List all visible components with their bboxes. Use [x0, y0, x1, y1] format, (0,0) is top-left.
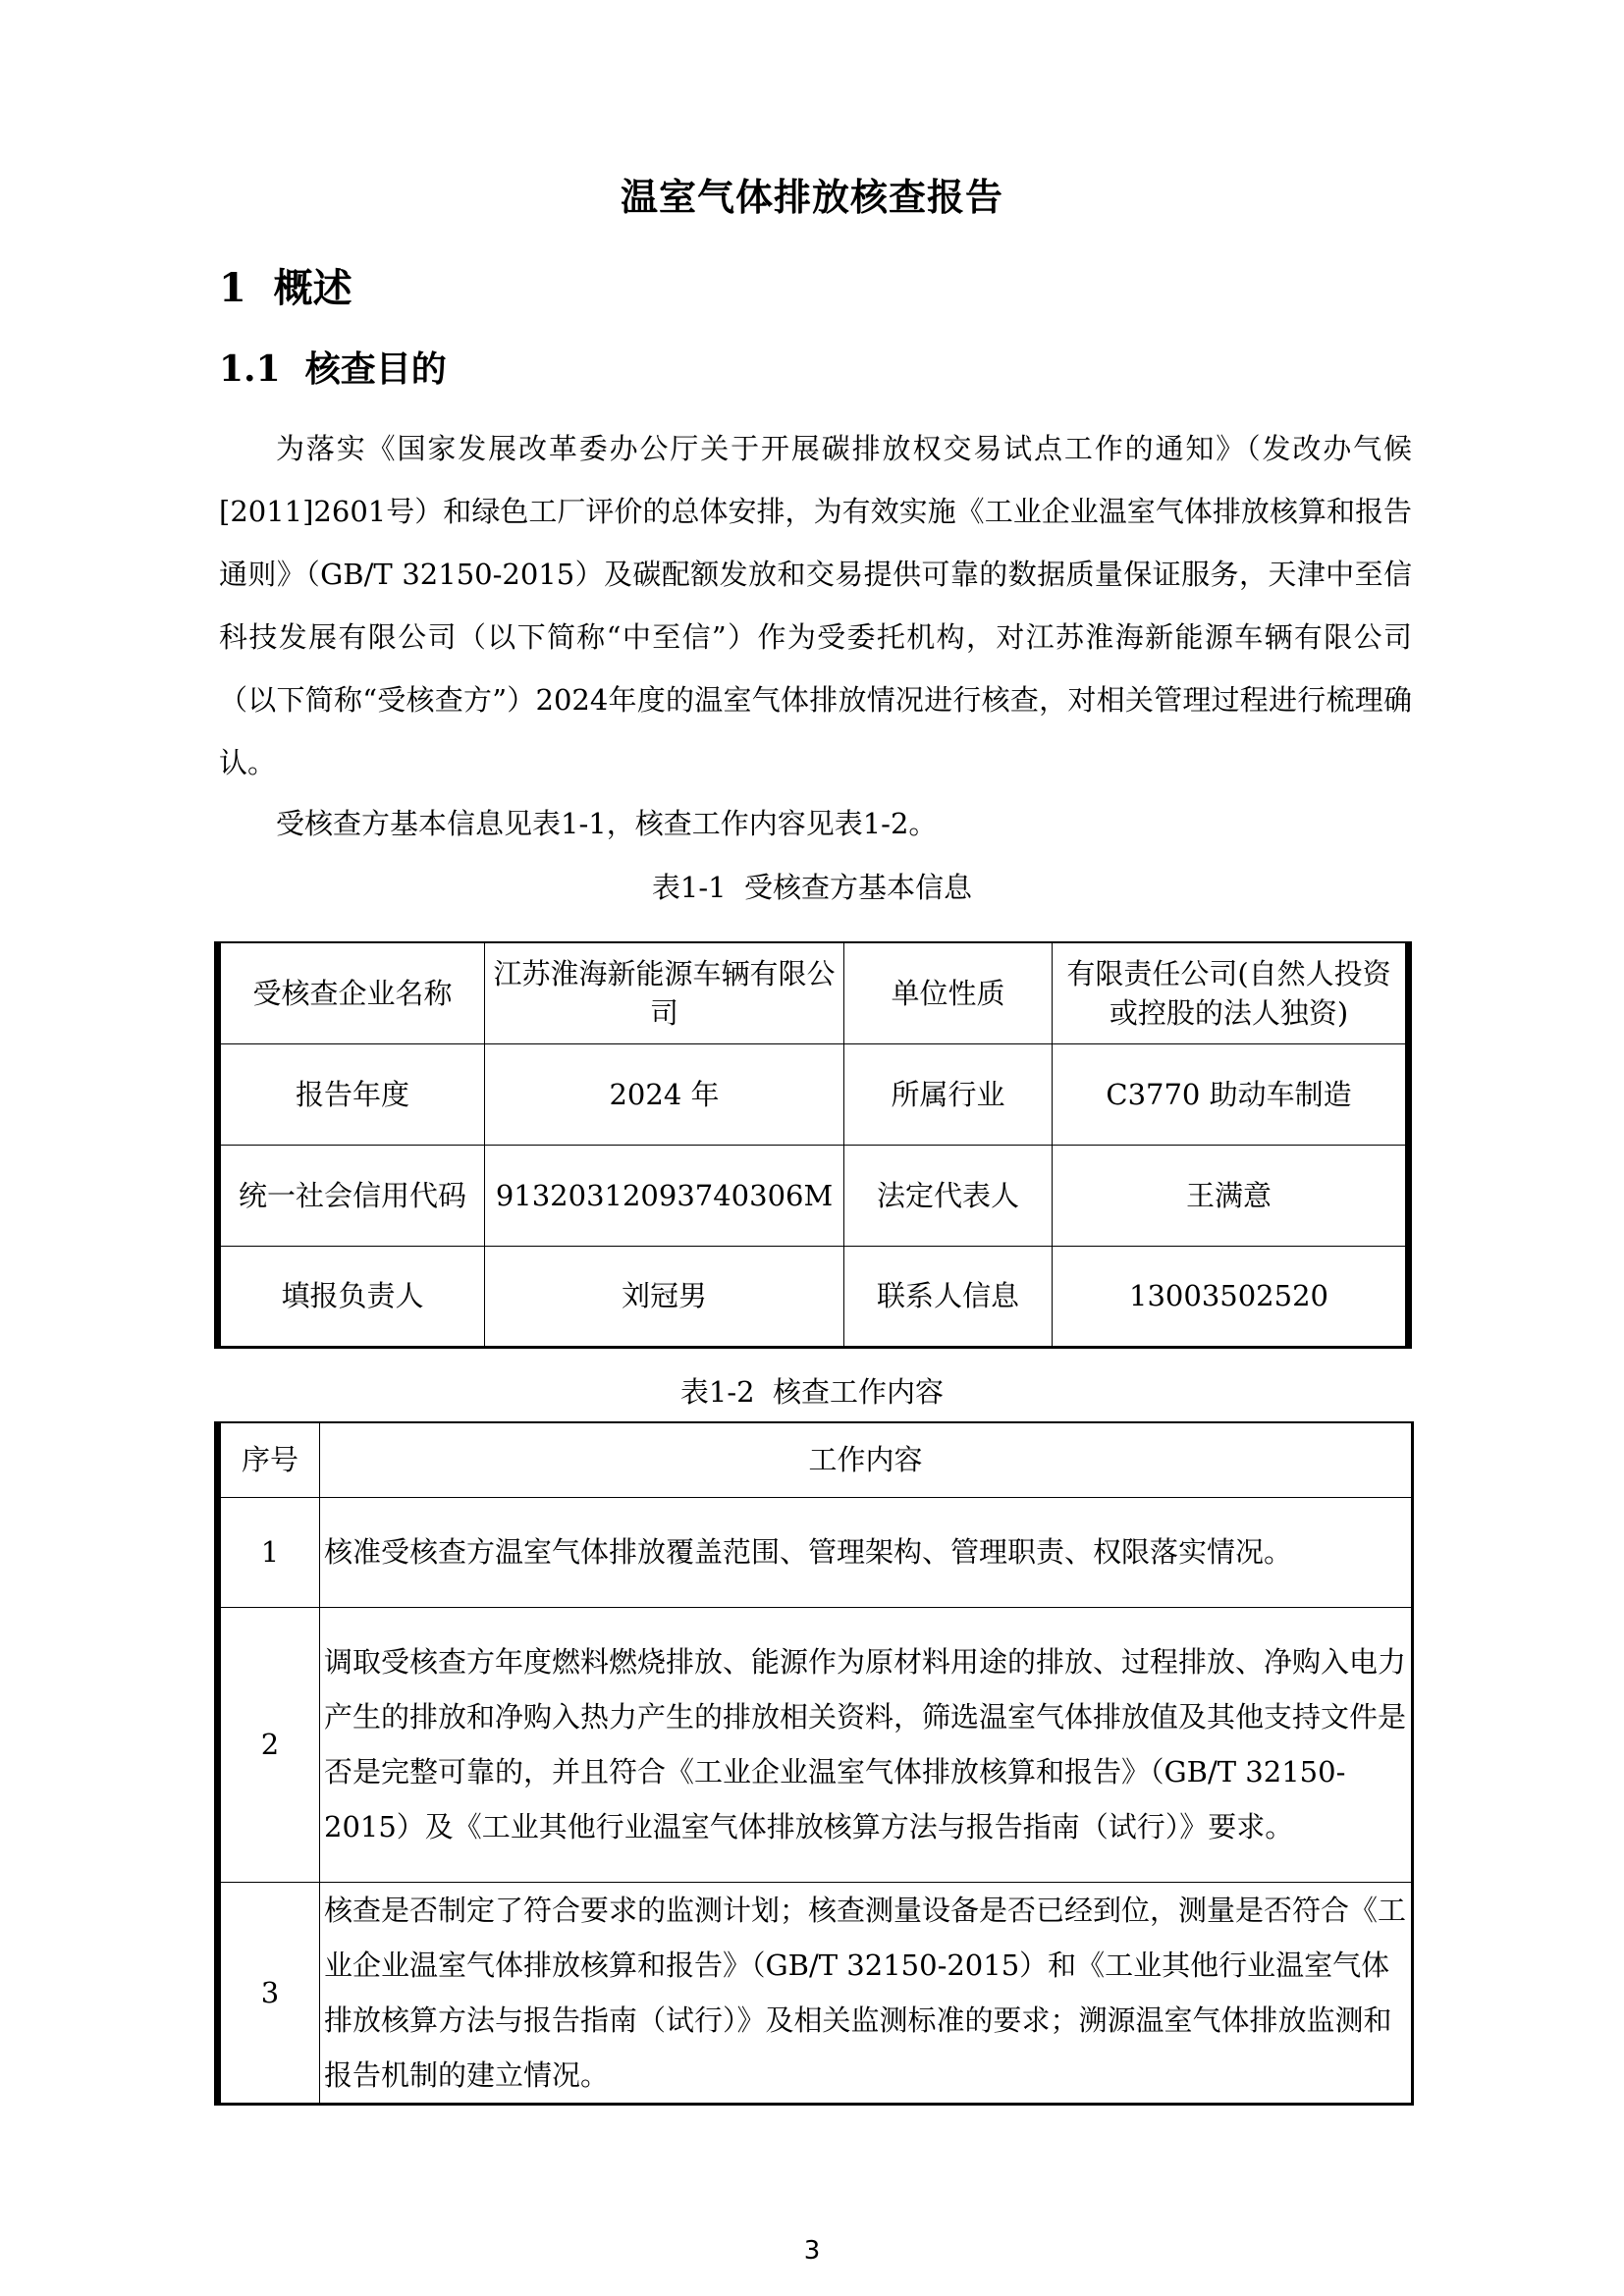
paragraph-table-reference: 受核查方基本信息见表1-1，核查工作内容见表1-2。 [219, 792, 1412, 855]
table-cell-label: 报告年度 [218, 1043, 485, 1145]
table-cell-label: 所属行业 [844, 1043, 1053, 1145]
table-cell-label: 统一社会信用代码 [218, 1145, 485, 1246]
subsection-heading-verification-purpose: 1.1 核查目的 [219, 342, 447, 392]
column-header-sequence: 序号 [218, 1422, 320, 1497]
table-cell-sequence: 2 [218, 1607, 320, 1882]
table-2-caption: 表1-2 核查工作内容 [0, 1370, 1624, 1411]
table-cell-label: 单位性质 [844, 942, 1053, 1043]
verification-work-table: 序号 工作内容 1 核准受核查方温室气体排放覆盖范围、管理架构、管理职责、权限落… [214, 1421, 1414, 2106]
table-cell-value: C3770 助动车制造 [1053, 1043, 1409, 1145]
table-cell-label: 联系人信息 [844, 1246, 1053, 1347]
table-row: 1 核准受核查方温室气体排放覆盖范围、管理架构、管理职责、权限落实情况。 [218, 1497, 1413, 1607]
table-cell-label: 受核查企业名称 [218, 942, 485, 1043]
table-cell-sequence: 3 [218, 1882, 320, 2104]
table-cell-value: 有限责任公司(自然人投资或控股的法人独资) [1053, 942, 1409, 1043]
paragraph-purpose: 为落实《国家发展改革委办公厅关于开展碳排放权交易试点工作的通知》（发改办气候[2… [219, 417, 1412, 794]
table-cell-value: 91320312093740306M [485, 1145, 844, 1246]
table-cell-value: 刘冠男 [485, 1246, 844, 1347]
table-cell-value: 王满意 [1053, 1145, 1409, 1246]
document-title: 温室气体排放核查报告 [0, 167, 1624, 221]
table-cell-content: 调取受核查方年度燃料燃烧排放、能源作为原材料用途的排放、过程排放、净购入电力产生… [320, 1607, 1413, 1882]
table-row: 统一社会信用代码 91320312093740306M 法定代表人 王满意 [218, 1145, 1409, 1246]
table-cell-sequence: 1 [218, 1497, 320, 1607]
table-cell-content: 核查是否制定了符合要求的监测计划；核查测量设备是否已经到位，测量是否符合《工业企… [320, 1882, 1413, 2104]
table-1-caption: 表1-1 受核查方基本信息 [0, 866, 1624, 906]
table-cell-value: 2024 年 [485, 1043, 844, 1145]
table-row: 报告年度 2024 年 所属行业 C3770 助动车制造 [218, 1043, 1409, 1145]
table-header-row: 序号 工作内容 [218, 1422, 1413, 1497]
table-cell-value: 江苏淮海新能源车辆有限公司 [485, 942, 844, 1043]
table-row: 3 核查是否制定了符合要求的监测计划；核查测量设备是否已经到位，测量是否符合《工… [218, 1882, 1413, 2104]
table-cell-value: 13003502520 [1053, 1246, 1409, 1347]
basic-info-table: 受核查企业名称 江苏淮海新能源车辆有限公司 单位性质 有限责任公司(自然人投资或… [214, 941, 1412, 1349]
page-number: 3 [0, 2236, 1624, 2266]
table-cell-label: 法定代表人 [844, 1145, 1053, 1246]
table-cell-content: 核准受核查方温室气体排放覆盖范围、管理架构、管理职责、权限落实情况。 [320, 1497, 1413, 1607]
table-cell-label: 填报负责人 [218, 1246, 485, 1347]
table-row: 填报负责人 刘冠男 联系人信息 13003502520 [218, 1246, 1409, 1347]
table-row: 2 调取受核查方年度燃料燃烧排放、能源作为原材料用途的排放、过程排放、净购入电力… [218, 1607, 1413, 1882]
table-row: 受核查企业名称 江苏淮海新能源车辆有限公司 单位性质 有限责任公司(自然人投资或… [218, 942, 1409, 1043]
column-header-work-content: 工作内容 [320, 1422, 1413, 1497]
section-heading-overview: 1 概述 [219, 257, 352, 313]
